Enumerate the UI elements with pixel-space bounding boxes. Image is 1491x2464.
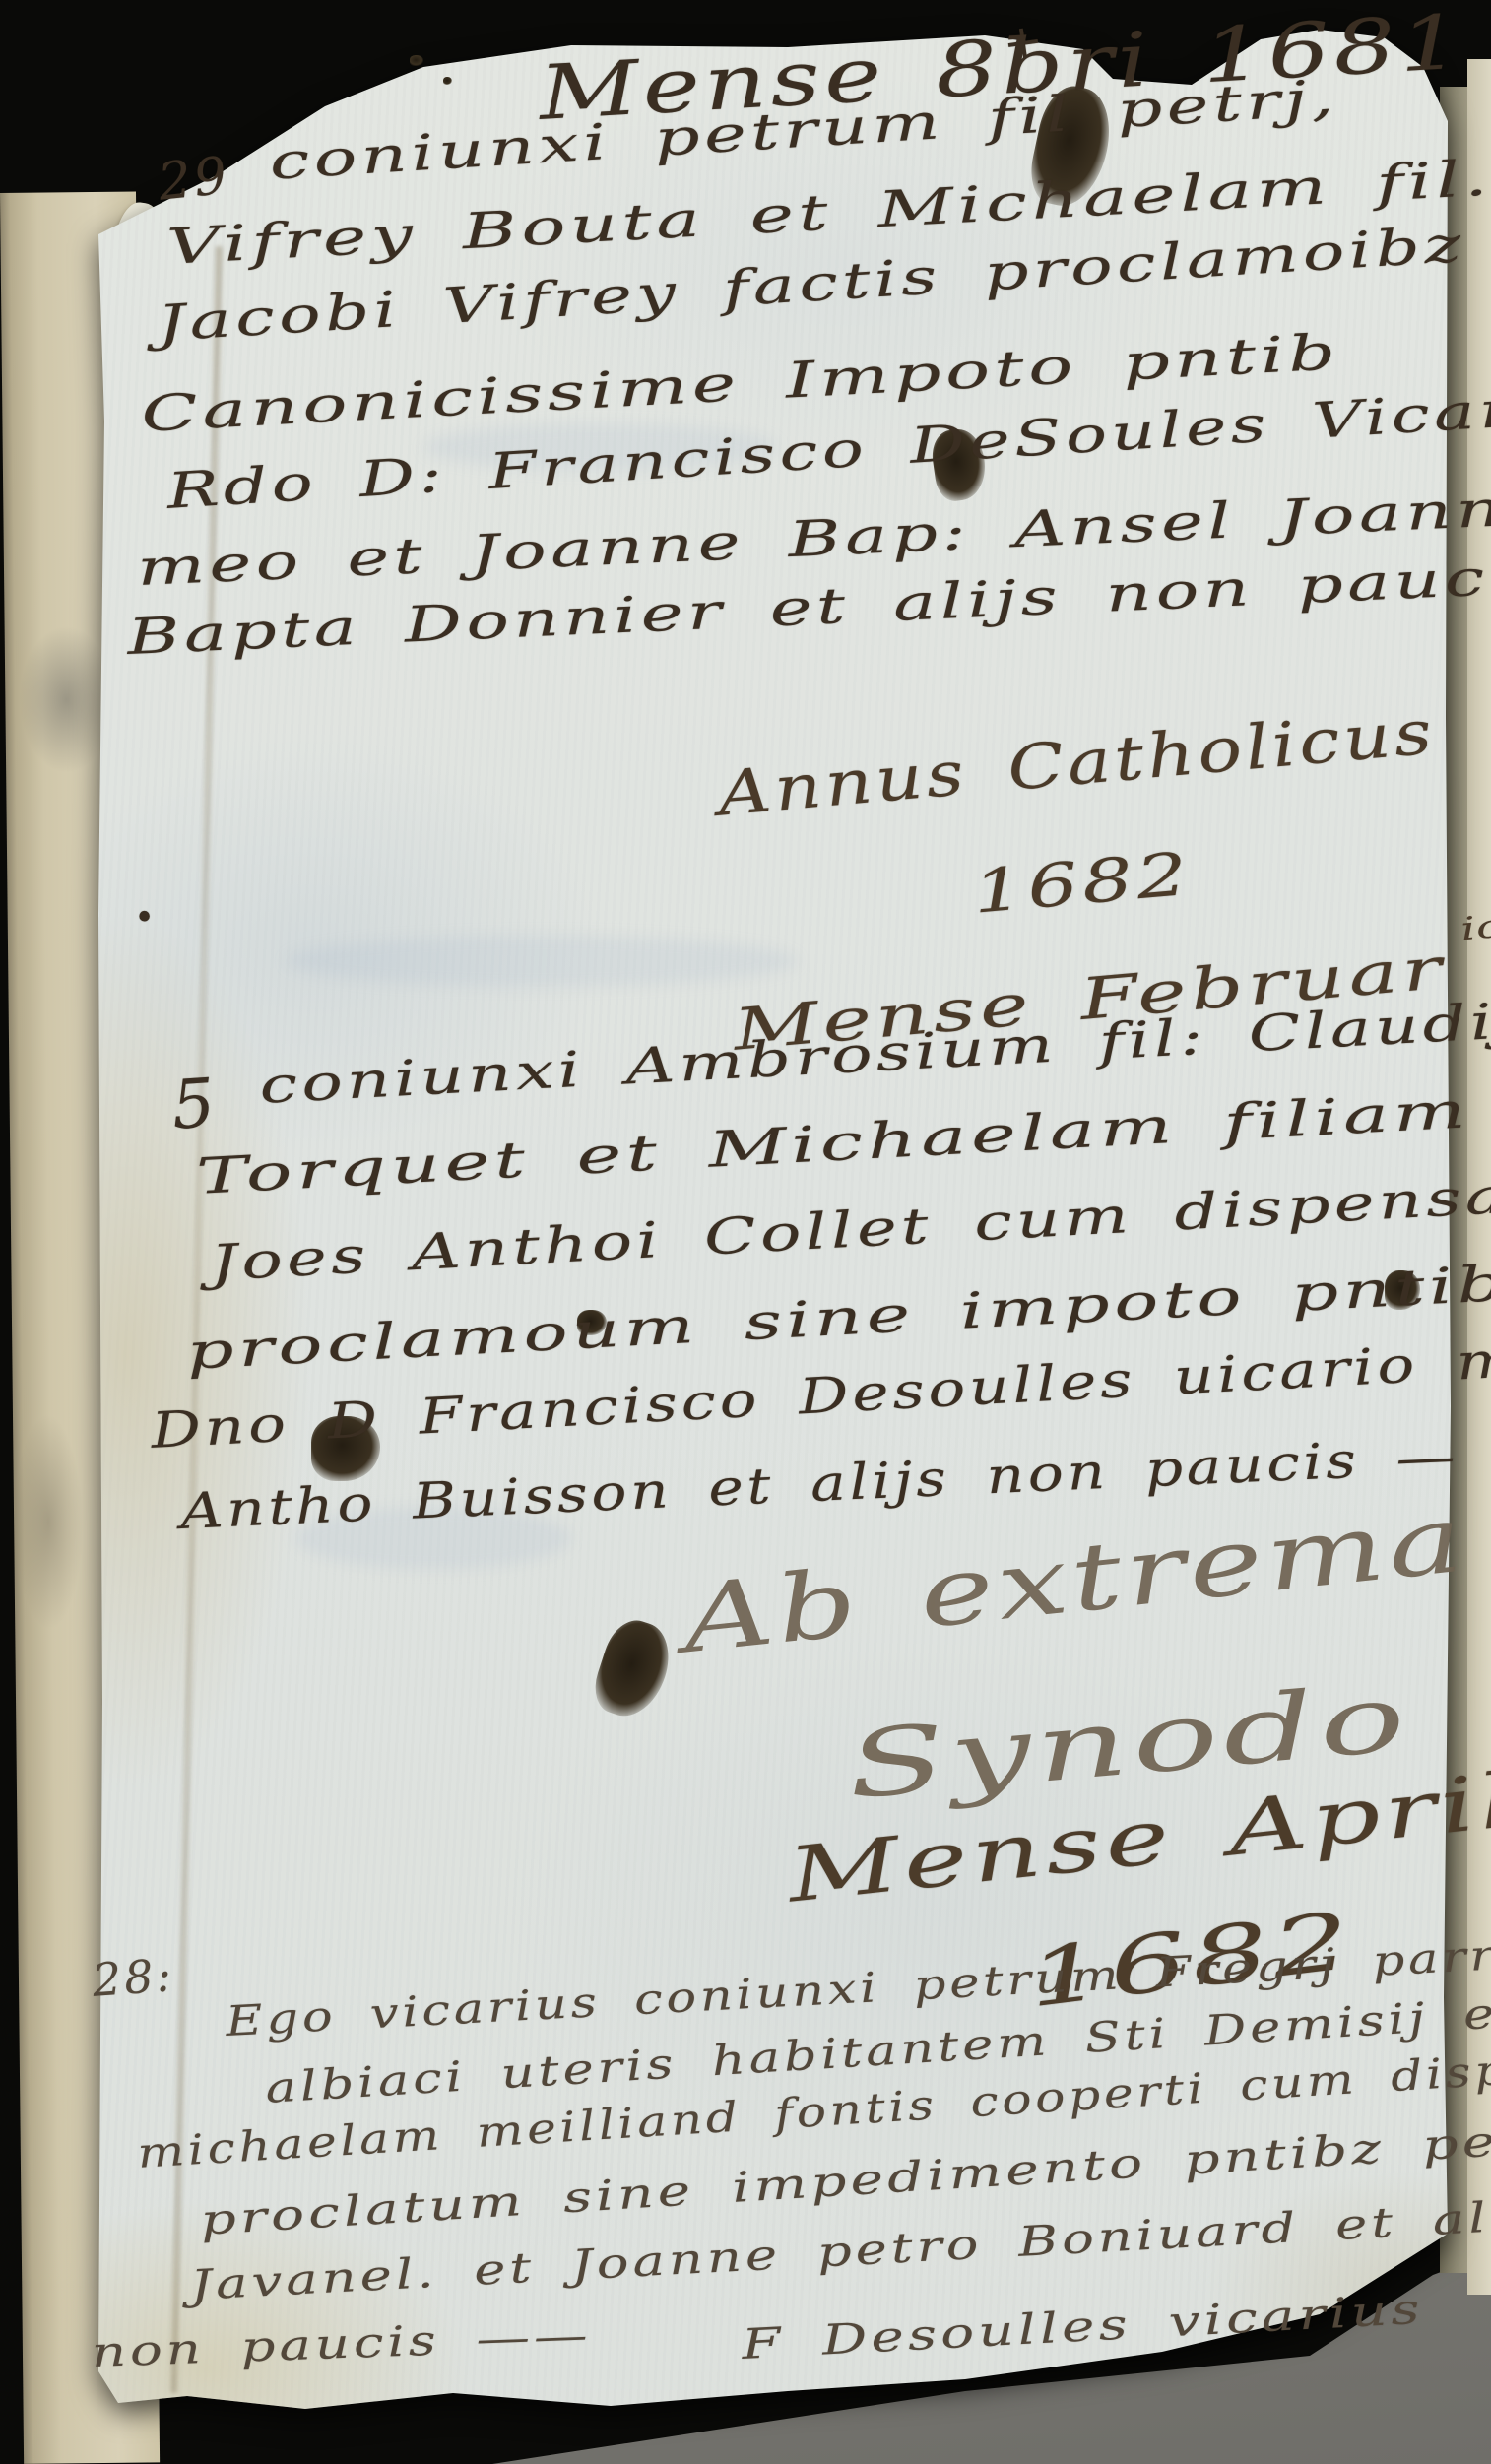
- ink-showthrough: [286, 936, 798, 987]
- margin-dot: •: [134, 898, 158, 939]
- heading-february-superscript: io: [1459, 907, 1491, 947]
- entry-28-day: 28:: [91, 1948, 176, 2007]
- entry-29-day: 29: [156, 146, 232, 212]
- entry-5-day: 5: [169, 1065, 221, 1145]
- ink-speck: [410, 55, 423, 66]
- spine-smudge: [13, 1413, 84, 1631]
- manuscript-photo: + Mense 8bri 1681 29 coniunxi petrum fil…: [0, 0, 1491, 2464]
- spine-smudge: [19, 625, 115, 774]
